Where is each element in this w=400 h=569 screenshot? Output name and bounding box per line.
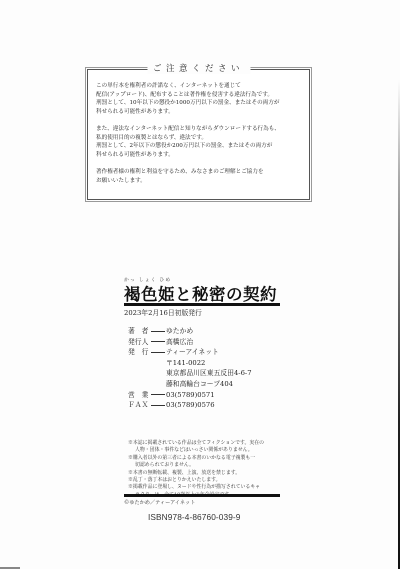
credit-value: ゆたかめ <box>166 326 193 337</box>
contact-value: 03(5789)0576 <box>166 400 215 411</box>
credit-value: 高橋広治 <box>166 337 193 348</box>
address-building: 藤和高輪台コープ404 <box>128 379 252 390</box>
credit-label: 著 者 <box>128 326 151 337</box>
legal-notes: ※本誌に掲載されている作品は全てフィクションです。実在の 人物・団体・事件などは… <box>128 440 288 499</box>
credit-value: ティーアイネット <box>166 347 219 358</box>
edition-date: 2023年2月16日初版発行 <box>124 307 202 317</box>
note-age: ※掲載作品に登場し、ヌードや性行為が描写されているキャ <box>128 484 288 491</box>
copyright-notice-box: ご注意ください この単行本を権利者の許諾なく、インターネットを通じて 配信(アッ… <box>87 69 310 200</box>
footer-rule <box>124 494 280 497</box>
note-fiction-cont: 人物・団体・事件などはいっさい関係がありません。 <box>128 447 288 454</box>
credit-author: 著 者 ゆたかめ <box>128 326 252 337</box>
note-reproduction: ※本書の無断転載、複製、上演、放送を禁じます。 <box>128 470 288 477</box>
contact-sales: 営 業 03(5789)0571 <box>128 390 252 401</box>
contact-value: 03(5789)0571 <box>166 390 215 401</box>
notice-paragraph-download: また、違法なインターネット配信と知りながらダウンロードする行為も、 私的使用目的… <box>96 125 303 159</box>
address-postal: 〒141-0022 <box>128 358 252 369</box>
contact-label: 営 業 <box>128 390 151 401</box>
credit-label: 発 行 <box>128 347 151 358</box>
title-rule <box>124 303 280 306</box>
credits-block: 著 者 ゆたかめ 発行人 高橋広治 発 行 ティーアイネット 〒141-0022… <box>128 326 252 411</box>
dash-divider <box>151 341 165 342</box>
notice-paragraph-request: 著作権者様の権利と利益を守るため、みなさまのご理解とご協力を お願いいたします。 <box>96 168 303 185</box>
dash-divider <box>151 405 165 406</box>
dash-divider <box>151 331 165 332</box>
dash-divider <box>151 394 165 395</box>
credit-label: 発行人 <box>128 337 151 348</box>
credit-publisher: 発 行 ティーアイネット <box>128 347 252 358</box>
dash-divider <box>151 352 165 353</box>
book-title: 褐色姫と秘密の契約 <box>124 281 277 305</box>
credit-publisher-person: 発行人 高橋広治 <box>128 337 252 348</box>
notice-title: ご注意ください <box>147 62 250 74</box>
copyright-line: ©ゆたかめ／ティーアイネット <box>124 499 195 506</box>
note-digital-copy-cont: 切認められておりません。 <box>128 462 288 469</box>
notice-body: この単行本を権利者の許諾なく、インターネットを通じて 配信(アップロード)、配布… <box>96 82 303 194</box>
address-street: 東京都品川区東五反田4-6-7 <box>128 368 252 379</box>
contact-fax: ＦＡＸ 03(5789)0576 <box>128 400 252 411</box>
contact-label: ＦＡＸ <box>128 400 151 411</box>
notice-paragraph-upload: この単行本を権利者の許諾なく、インターネットを通じて 配信(アップロード)、配布… <box>96 82 303 116</box>
isbn: ISBN978-4-86760-039-9 <box>148 512 241 522</box>
